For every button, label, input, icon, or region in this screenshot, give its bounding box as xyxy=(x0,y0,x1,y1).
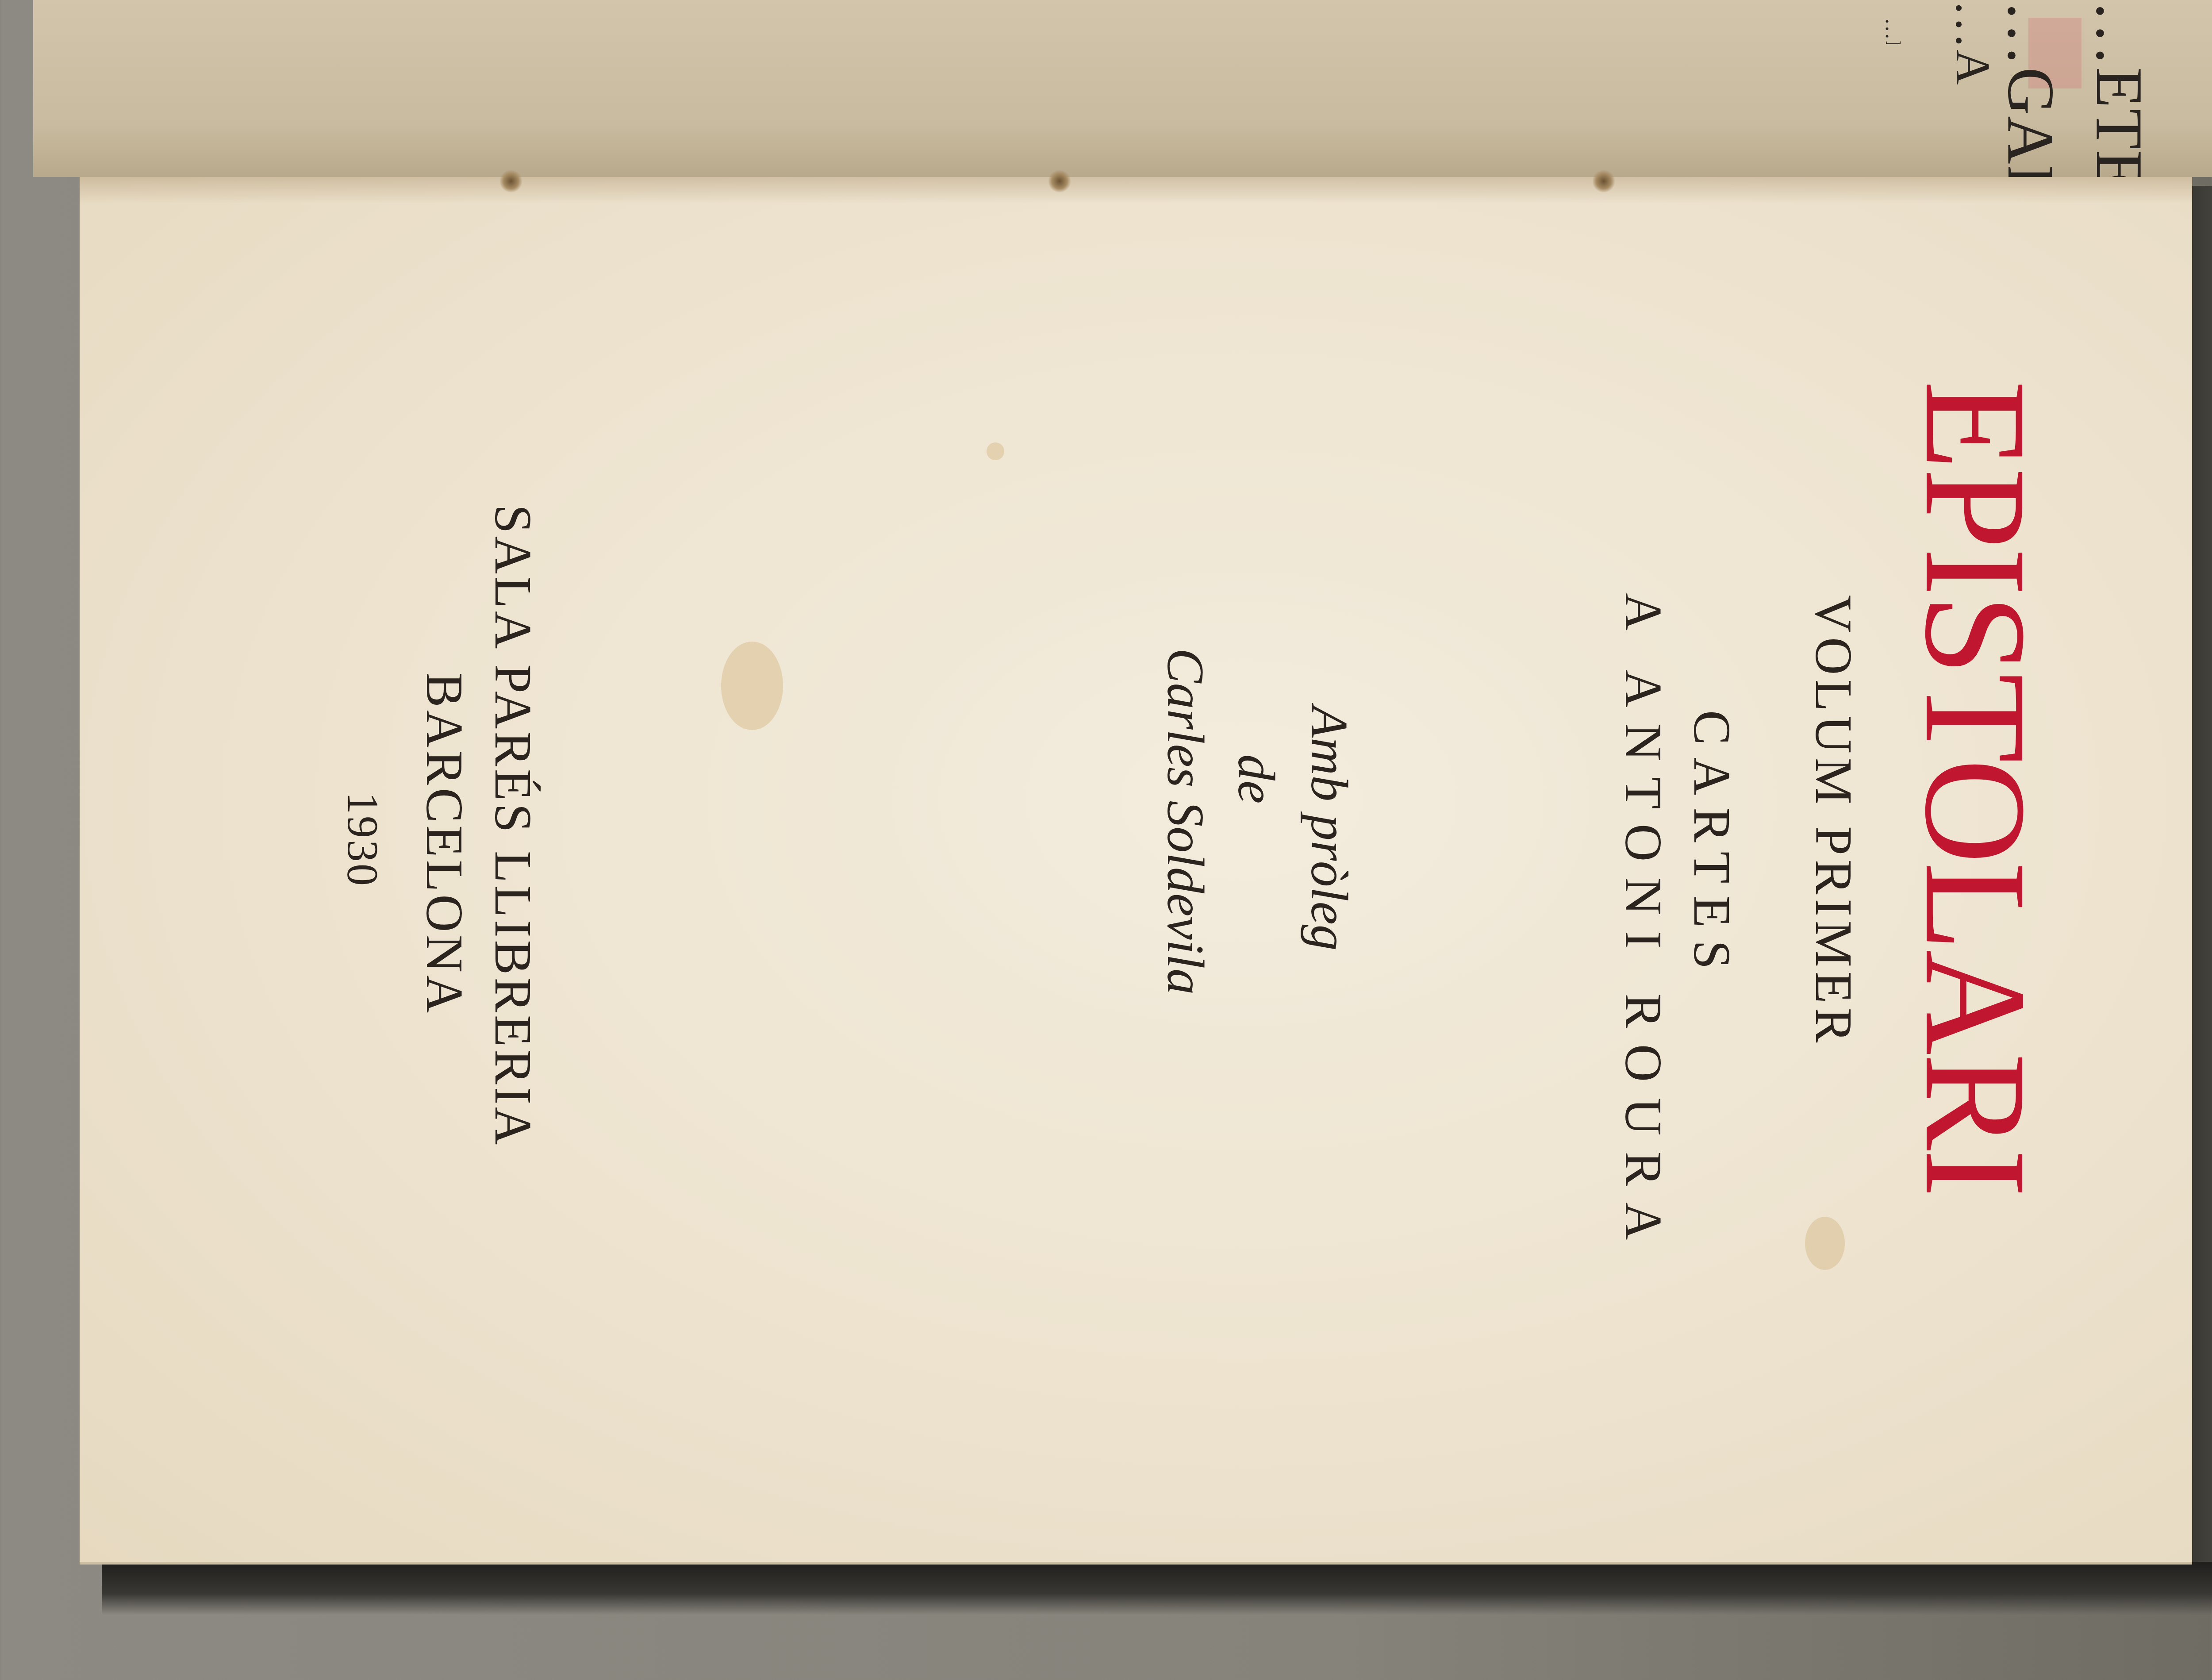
subtitle-cartes: CARTES xyxy=(1686,710,1738,981)
facing-page-line-3: …A xyxy=(1949,0,1997,177)
facing-page: …ETES …GALL …A …H xyxy=(33,0,2212,177)
prologue-author: Carles Soldevila xyxy=(1159,648,1211,995)
recipient-line: A ANTONI ROURA xyxy=(1617,593,1669,1256)
book-title: EPISTOLARI xyxy=(1902,381,2048,1196)
page-shadow-right xyxy=(2192,186,2212,1566)
title-page xyxy=(80,177,2192,1562)
prologue-line-2: de xyxy=(1230,754,1282,803)
book-photo: …ETES …GALL …A …H EPISTOLARI VOLUM PRIME… xyxy=(0,0,2212,1680)
gutter-shade xyxy=(80,177,2192,204)
page-shadow-bottom xyxy=(102,1562,2212,1615)
publisher-name: SALA PARÉS LLIBRERIA xyxy=(487,504,539,1147)
facing-page-line-4: …H xyxy=(1882,18,1905,44)
publication-year: 1930 xyxy=(341,792,385,888)
binding-stitch xyxy=(500,169,522,193)
foxing-spot xyxy=(721,642,783,730)
foxing-spot xyxy=(987,442,1004,460)
facing-page-line-1: …ETES xyxy=(2086,0,2152,177)
foxing-spot xyxy=(1805,1217,1845,1270)
prologue-line-1: Amb pròleg xyxy=(1303,706,1355,951)
binding-stitch xyxy=(1593,169,1615,193)
facing-page-line-2: …GALL xyxy=(1997,0,2064,177)
binding-stitch xyxy=(1048,169,1071,193)
publisher-city: BARCELONA xyxy=(418,673,470,1015)
volume-label: VOLUM PRIMER xyxy=(1807,595,1859,1047)
